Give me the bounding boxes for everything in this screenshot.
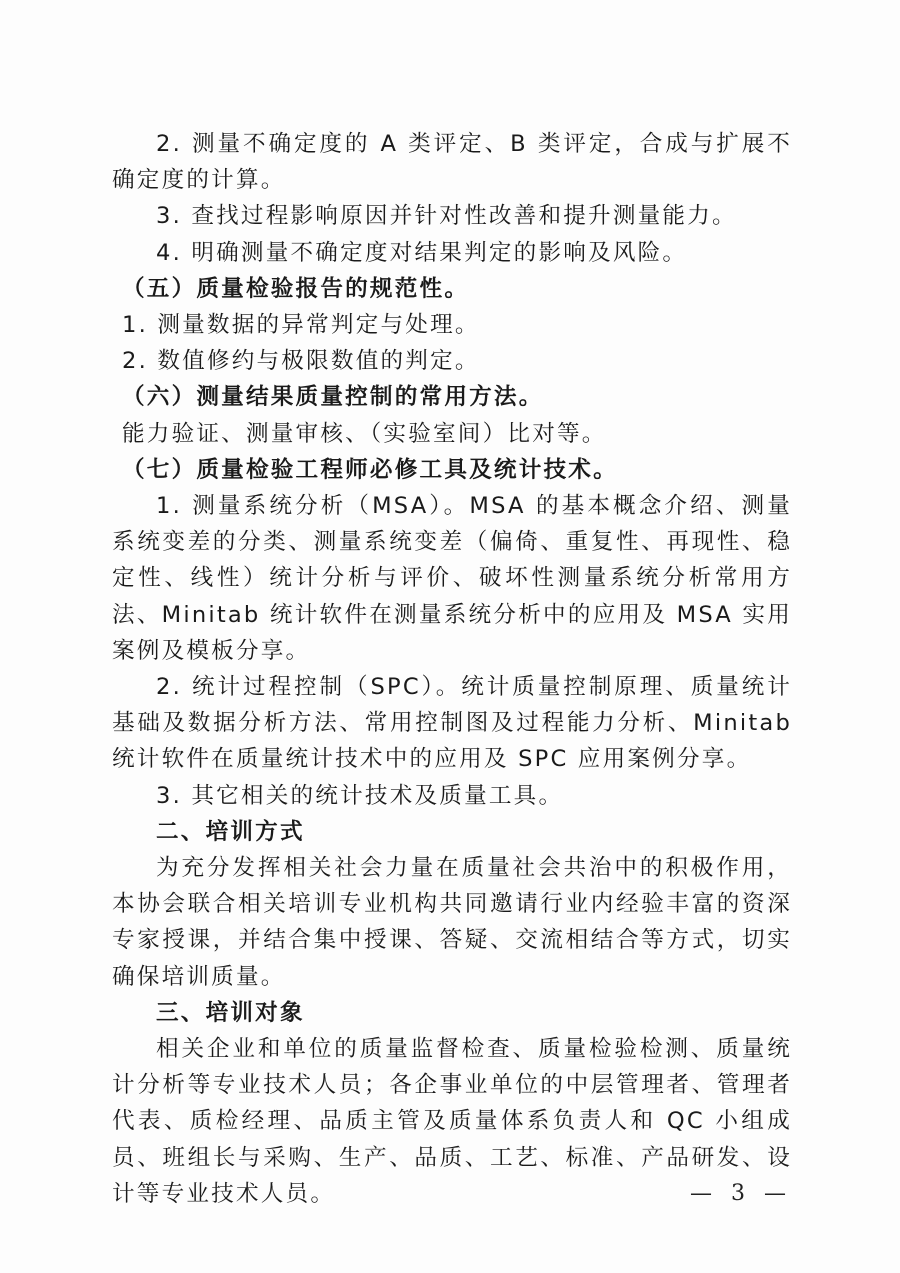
item-data-anomaly: 1. 测量数据的异常判定与处理。 xyxy=(112,307,792,343)
subheading-tools: （七）质量检验工程师必修工具及统计技术。 xyxy=(112,452,792,488)
page-number: — 3 — xyxy=(690,1181,792,1206)
item-uncertainty-evaluation: 2. 测量不确定度的 A 类评定、B 类评定，合成与扩展不确定度的计算。 xyxy=(112,126,792,198)
item-proficiency: 能力验证、测量审核、（实验室间）比对等。 xyxy=(112,416,792,452)
item-improve-capability: 3. 查找过程影响原因并针对性改善和提升测量能力。 xyxy=(112,198,792,234)
item-other-tools: 3. 其它相关的统计技术及质量工具。 xyxy=(112,778,792,814)
item-spc: 2. 统计过程控制（SPC）。统计质量控制原理、质量统计基础及数据分析方法、常用… xyxy=(112,669,792,778)
document-page: 2. 测量不确定度的 A 类评定、B 类评定，合成与扩展不确定度的计算。 3. … xyxy=(112,126,792,1212)
item-msa: 1. 测量系统分析（MSA）。MSA 的基本概念介绍、测量系统变差的分类、测量系… xyxy=(112,488,792,669)
heading-training-method: 二、培训方式 xyxy=(112,814,792,850)
para-training-method: 为充分发挥相关社会力量在质量社会共治中的积极作用，本协会联合相关培训专业机构共同… xyxy=(112,850,792,995)
subheading-report-standard: （五）质量检验报告的规范性。 xyxy=(112,271,792,307)
item-rounding: 2. 数值修约与极限数值的判定。 xyxy=(112,343,792,379)
heading-training-audience: 三、培训对象 xyxy=(112,995,792,1031)
item-uncertainty-risk: 4. 明确测量不确定度对结果判定的影响及风险。 xyxy=(112,235,792,271)
subheading-quality-control: （六）测量结果质量控制的常用方法。 xyxy=(112,379,792,415)
